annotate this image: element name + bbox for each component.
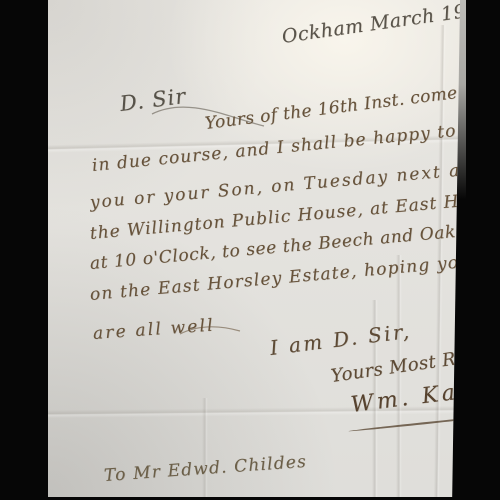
body-line: are all well xyxy=(92,316,215,344)
letter-paper: Ockham March 19th 1841 D. Sir Yours of t… xyxy=(48,0,460,497)
signature: Wm. Kaye xyxy=(349,376,491,418)
photo-stage: Ockham March 19th 1841 D. Sir Yours of t… xyxy=(0,0,500,500)
closing-line: I am D. Sir, xyxy=(269,319,413,360)
salutation: D. Sir xyxy=(119,84,188,116)
dateline: Ockham March 19th 1841 xyxy=(280,0,500,48)
vertical-fold-crease xyxy=(202,398,208,497)
address-line: To Mr Edwd. Childes xyxy=(103,452,307,486)
signature-underline xyxy=(348,416,485,432)
